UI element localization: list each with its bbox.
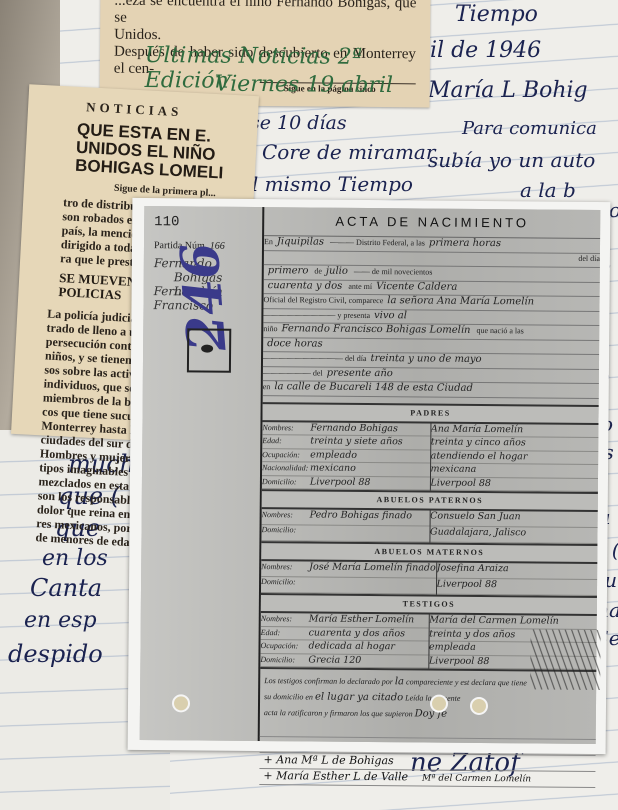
field-value: Jiquipilas: [277, 236, 324, 247]
field-row: Guadalajara, Jalisco: [430, 527, 598, 544]
field-label: niño: [263, 324, 277, 333]
signature-witnesses: + María Esther L de Valle Mª del Carmen …: [259, 769, 595, 788]
letter-line: en esp: [24, 608, 97, 633]
field-value: María del Carmen Lomelín: [429, 615, 559, 627]
signature-witness1: + María Esther L de Valle: [263, 769, 408, 783]
field-value: la calle de Bucareli 148 de esta Ciudad: [274, 381, 473, 394]
field-row: Domicilio:Grecia 120: [260, 654, 428, 669]
field-label: ante mí: [348, 281, 372, 290]
letter-line: subía yo un auto: [428, 148, 595, 172]
field-value: empleado: [310, 449, 357, 460]
field-row: Ocupación:empleado: [262, 449, 430, 464]
certificate-main: ACTA DE NACIMIENTO EnJiquipilas ——— Dist…: [260, 207, 601, 744]
field-label: y presenta: [337, 310, 370, 319]
closing-text: compareciente: [406, 677, 453, 686]
letter-line: María L Bohig: [428, 78, 588, 103]
field-label: Domicilio:: [260, 655, 308, 664]
field-row: Ocupación:dedicada al hogar: [260, 640, 428, 655]
field-row: Domicilio:: [261, 525, 429, 542]
field-row: Ana María Lomelín: [431, 423, 599, 438]
closing-text: Los testigos confirman lo declarado por: [264, 676, 393, 686]
field-row: Liverpool 88: [430, 477, 598, 492]
clipping-print-line: ...eza se encuentra el niño Fernando Boh…: [100, 0, 430, 29]
field-value: treinta y uno de mayo: [371, 353, 482, 365]
field-label: Domicilio:: [261, 525, 309, 534]
field-value: primero: [268, 265, 309, 276]
letter-line: Core de miramar: [262, 140, 435, 164]
letter-line: el mismo Tiempo: [240, 172, 413, 196]
closing-value: el lugar ya citado: [315, 692, 403, 704]
field-row: Josefina Araiza: [437, 563, 598, 580]
fingerprint-mark: [201, 345, 213, 353]
field-value: Josefina Araiza: [437, 563, 509, 575]
mother-column: Ana María Lomelín treinta y cinco años a…: [429, 423, 598, 492]
field-value: cuarenta y dos años: [309, 627, 405, 639]
field-label: Distrito Federal, a las: [356, 238, 425, 248]
body-line: enla calle de Bucareli 148 de esta Ciuda…: [263, 381, 599, 398]
field-row: Nombres:José María Lomelín finado: [261, 561, 436, 579]
father-column: Nombres:Fernando Bohigas Edad:treinta y …: [262, 422, 430, 491]
field-label: Nombres:: [262, 510, 310, 519]
field-value: treinta y siete años: [310, 435, 402, 447]
field-value: mexicana: [431, 464, 477, 475]
field-label: Ocupación:: [262, 450, 310, 459]
field-row: María del Carmen Lomelín: [429, 615, 597, 630]
field-label: en: [263, 382, 271, 391]
field-row: Liverpool 88: [436, 579, 597, 596]
field-row: Nombres:María Esther Lomelín: [261, 613, 429, 628]
closing-text: su domicilio en: [264, 692, 313, 701]
abuelos-paternos-grid: Nombres:Pedro Bohigas finado Domicilio: …: [261, 509, 597, 544]
field-row: Edad:cuarenta y dos años: [261, 627, 429, 642]
punch-hole: [470, 697, 488, 715]
field-value: empleada: [429, 642, 476, 653]
punch-hole: [430, 695, 448, 713]
field-row: Nombres:Fernando Bohigas: [262, 422, 430, 437]
birth-certificate: 110 Partida Núm. 166 Fernando Bohigas Lo…: [128, 198, 611, 754]
field-label: Nombres:: [262, 423, 310, 432]
field-label: de mil novecientos: [372, 267, 433, 277]
field-value: treinta y cinco años: [431, 437, 526, 449]
field-label: que nació a las: [476, 326, 523, 335]
letter-line: Tiempo: [455, 2, 538, 27]
field-label: Domicilio:: [262, 477, 310, 486]
field-label: del día: [578, 253, 600, 262]
field-value: Fernando Francisco Bohigas Lomelín: [281, 323, 470, 336]
field-value: Guadalajara, Jalisco: [430, 527, 526, 539]
field-value: José María Lomelín finado: [309, 561, 436, 573]
certificate-stub: 110 Partida Núm. 166 Fernando Bohigas Lo…: [140, 206, 265, 741]
certificate-title: ACTA DE NACIMIENTO: [264, 207, 600, 239]
field-value: Ana María Lomelín: [431, 423, 523, 435]
closing-text: y est: [455, 678, 470, 687]
field-row: Nombres:Pedro Bohigas finado: [262, 509, 430, 526]
punch-hole: [172, 694, 190, 712]
field-row: atendiendo el hogar: [431, 450, 599, 465]
field-row: Domicilio:: [261, 577, 436, 595]
field-row: treinta y cinco años: [431, 437, 599, 452]
field-value: treinta y dos años: [429, 628, 515, 640]
field-row: Nacionalidad:mexicano: [262, 462, 430, 477]
field-label: Nacionalidad:: [262, 463, 310, 472]
letter-line: despido: [8, 640, 103, 668]
field-value: Fernando Bohigas: [310, 422, 398, 434]
field-label: En: [264, 237, 273, 246]
grandfather-paternal-column: Nombres:Pedro Bohigas finado Domicilio:: [261, 509, 429, 542]
field-value: Pedro Bohigas finado: [310, 509, 412, 521]
field-label: del: [313, 368, 323, 377]
field-value: Liverpool 88: [310, 476, 371, 488]
grandmother-maternal-column: Josefina Araiza Liverpool 88: [435, 563, 597, 596]
field-row: Domicilio:Liverpool 88: [262, 476, 430, 491]
field-value: mexicano: [310, 462, 356, 473]
field-label: Oficial del Registro Civil, comparece: [263, 295, 383, 305]
padres-grid: Nombres:Fernando Bohigas Edad:treinta y …: [262, 422, 599, 492]
letter-line: Canta: [30, 574, 102, 602]
certificate-body: EnJiquipilas ——— Distrito Federal, a las…: [263, 236, 600, 398]
field-value: vivo al: [374, 310, 407, 321]
field-label: Ocupación:: [260, 641, 308, 650]
field-value: julio: [326, 266, 348, 277]
abuelos-maternos-grid: Nombres:José María Lomelín finado Domici…: [261, 561, 597, 596]
field-value: la señora Ana María Lomelín: [387, 295, 534, 307]
field-row: Edad:treinta y siete años: [262, 435, 430, 450]
stub-number: 110: [154, 214, 179, 230]
signature-witness2: Mª del Carmen Lomelín: [422, 773, 531, 784]
field-label: de: [314, 267, 322, 276]
field-value: atendiendo el hogar: [431, 450, 528, 462]
letter-line: Para comunica: [462, 118, 597, 139]
field-value: Liverpool 88: [429, 655, 490, 667]
closing-text: declara que tiene: [471, 678, 527, 687]
letter-line: il de 1946: [430, 38, 541, 63]
field-value: Grecia 120: [308, 654, 361, 665]
field-label: Nombres:: [261, 614, 309, 623]
field-label: Domicilio:: [261, 577, 309, 586]
field-value: doce horas: [267, 338, 323, 349]
grandfather-maternal-column: Nombres:José María Lomelín finado Domici…: [261, 561, 436, 595]
official-signature-scribble: [530, 629, 601, 690]
field-label: del día: [345, 354, 367, 363]
closing-value: la: [395, 676, 404, 687]
field-value: cuarenta y dos: [268, 280, 343, 292]
letter-line: en los: [42, 546, 108, 571]
field-label: Edad:: [261, 628, 309, 637]
field-value: dedicada al hogar: [308, 640, 395, 652]
field-value: Consuelo San Juan: [430, 511, 521, 523]
closing-text: acta la ratificaron y firmaron los que s…: [264, 708, 413, 718]
field-row: mexicana: [430, 464, 598, 479]
witness1-column: Nombres:María Esther Lomelín Edad:cuaren…: [260, 613, 428, 668]
field-value: primera horas: [429, 238, 501, 250]
grandmother-paternal-column: Consuelo San Juan Guadalajara, Jalisco: [429, 511, 598, 544]
certificate-photocopy: 110 Partida Núm. 166 Fernando Bohigas Lo…: [140, 206, 601, 744]
field-label: Nombres:: [261, 562, 309, 571]
field-row: Consuelo San Juan: [430, 511, 598, 528]
field-value: Liverpool 88: [430, 477, 491, 489]
field-value: Vicente Caldera: [376, 281, 457, 293]
field-value: presente año: [327, 367, 393, 379]
field-label: Edad:: [262, 436, 310, 445]
field-value: Liverpool 88: [437, 579, 498, 591]
field-value: María Esther Lomelín: [309, 613, 415, 625]
